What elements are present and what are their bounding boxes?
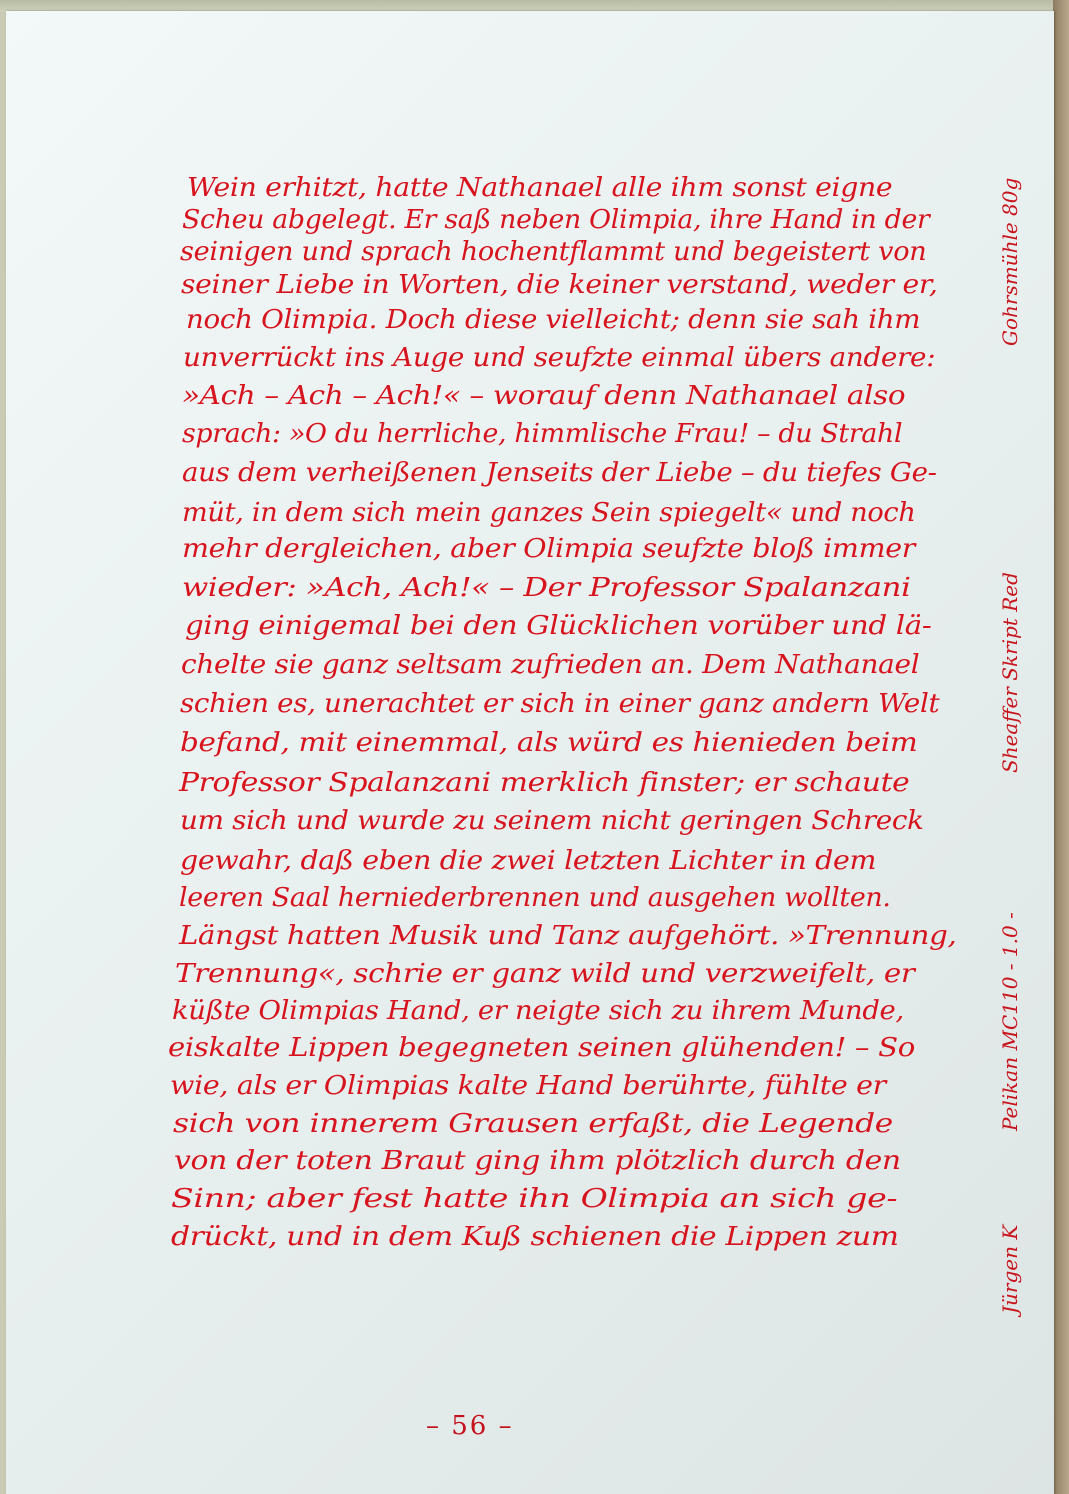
text-line: befand, mit einemmal, als würd es hienie… xyxy=(180,726,917,760)
text-line: küßte Olimpias Hand, er neigte sich zu i… xyxy=(172,994,904,1028)
text-line: ging einigemal bei den Glücklichen vorüb… xyxy=(185,609,931,643)
ink-note: Sheaffer Skript Red xyxy=(998,572,1022,773)
text-line: leeren Saal herniederbrennen und ausgehe… xyxy=(179,881,891,915)
text-line: von der toten Braut ging ihm plötzlich d… xyxy=(174,1144,901,1178)
text-line: seinigen und sprach hochentflammt und be… xyxy=(180,235,926,269)
text-line: Scheu abgelegt. Er saß neben Olimpia, ih… xyxy=(182,203,929,237)
text-line: müt, in dem sich mein ganzes Sein spiege… xyxy=(182,496,915,530)
text-line: noch Olimpia. Doch diese vielleicht; den… xyxy=(186,303,920,337)
text-line: »Ach – Ach – Ach!« – worauf denn Nathana… xyxy=(182,379,905,413)
text-line: sprach: »O du herrliche, himmlische Frau… xyxy=(182,417,902,451)
text-line: unverrückt ins Auge und seufzte einmal ü… xyxy=(183,341,935,375)
text-line: gewahr, daß eben die zwei letzten Lichte… xyxy=(180,844,876,878)
text-line: wie, als er Olimpias kalte Hand berührte… xyxy=(170,1069,886,1103)
text-line: schien es, unerachtet er sich in einer g… xyxy=(180,687,939,721)
text-line: chelte sie ganz seltsam zufrieden an. De… xyxy=(181,648,919,682)
background-surface-right xyxy=(1053,0,1069,1494)
text-line: mehr dergleichen, aber Olimpia seufzte b… xyxy=(182,532,915,566)
author-signature: Jürgen K xyxy=(998,1225,1022,1314)
text-line: Sinn; aber fest hatte ihn Olimpia an sic… xyxy=(171,1182,897,1216)
text-line: Längst hatten Musik und Tanz aufgehört. … xyxy=(179,919,956,953)
text-line: eiskalte Lippen begegneten seinen glühen… xyxy=(168,1031,915,1065)
text-line: Professor Spalanzani merklich finster; e… xyxy=(179,766,909,800)
text-line: sich von innerem Grausen erfaßt, die Leg… xyxy=(173,1107,893,1141)
text-line: Trennung«, schrie er ganz wild und verzw… xyxy=(175,957,915,991)
page-number: – 56 – xyxy=(426,1411,514,1441)
pen-note: Pelikan MC110 - 1.0 - xyxy=(998,912,1022,1131)
text-line: um sich und wurde zu seinem nicht gering… xyxy=(180,804,924,838)
paper-note: Gohrsmühle 80g xyxy=(998,178,1022,346)
text-line: drückt, und in dem Kuß schienen die Lipp… xyxy=(171,1220,899,1254)
handwritten-page: Wein erhitzt, hatte Nathanael alle ihm s… xyxy=(6,11,1054,1494)
text-line: Wein erhitzt, hatte Nathanael alle ihm s… xyxy=(187,171,892,205)
text-line: seiner Liebe in Worten, die keiner verst… xyxy=(181,268,938,302)
text-line: wieder: »Ach, Ach!« – Der Professor Spal… xyxy=(182,571,911,605)
text-line: aus dem verheißenen Jenseits der Liebe –… xyxy=(182,456,937,490)
